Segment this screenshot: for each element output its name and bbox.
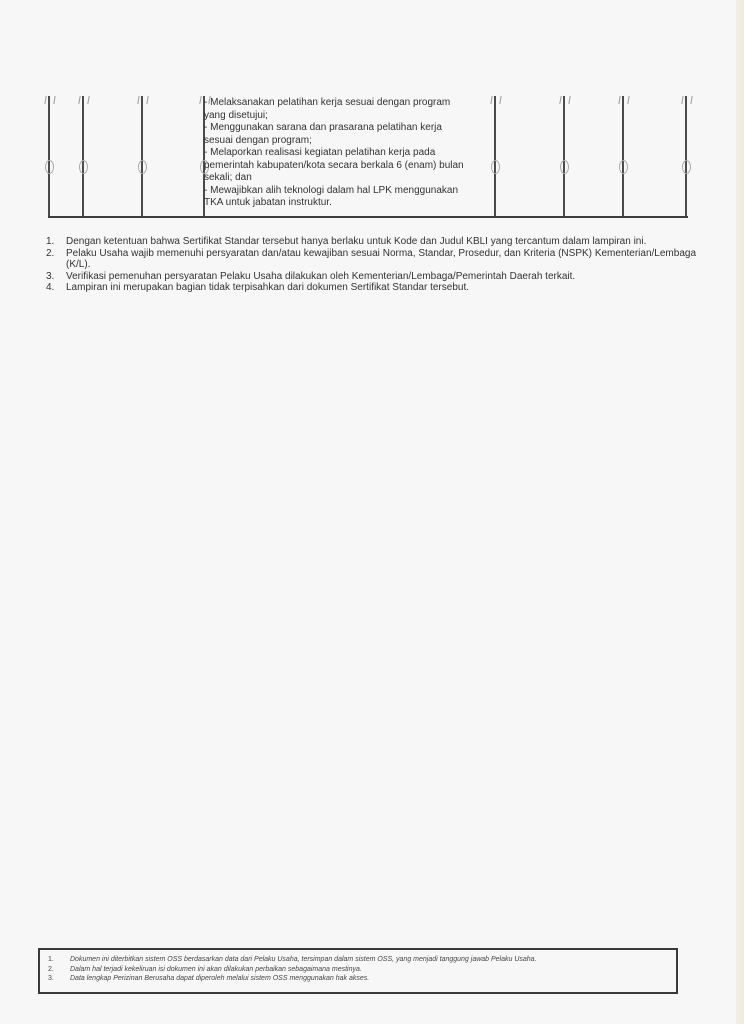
obligation-line: TKA untuk jabatan instruktur.: [204, 197, 494, 210]
note-text: Dengan ketentuan bahwa Sertifikat Standa…: [66, 236, 696, 248]
table-column-border: [685, 96, 687, 218]
footer-note-number: 2.: [48, 965, 70, 975]
obligation-line: yang disetujui;: [204, 110, 494, 123]
footer-note: 2. Dalam hal terjadi kekeliruan isi doku…: [48, 965, 676, 975]
footer-note-number: 1.: [48, 955, 70, 965]
note-number: 4.: [46, 282, 66, 294]
footer-note-text: Dokumen ini diterbitkan sistem OSS berda…: [70, 955, 537, 965]
note-item: 3. Verifikasi pemenuhan persyaratan Pela…: [46, 271, 696, 283]
note-text: Pelaku Usaha wajib memenuhi persyaratan …: [66, 248, 696, 271]
obligations-table: - Melaksanakan pelatihan kerja sesuai de…: [48, 96, 686, 218]
footer-disclaimer-box: 1. Dokumen ini diterbitkan sistem OSS be…: [38, 948, 678, 994]
table-column-border: [48, 96, 50, 218]
obligation-line: sekali; dan: [204, 172, 494, 185]
footer-note-text: Data lengkap Perizinan Berusaha dapat di…: [70, 974, 369, 984]
obligation-line: - Mewajibkan alih teknologi dalam hal LP…: [204, 185, 494, 198]
footer-note: 1. Dokumen ini diterbitkan sistem OSS be…: [48, 955, 676, 965]
page-edge: [736, 0, 744, 1024]
note-item: 2. Pelaku Usaha wajib memenuhi persyarat…: [46, 248, 696, 271]
note-item: 1. Dengan ketentuan bahwa Sertifikat Sta…: [46, 236, 696, 248]
note-number: 2.: [46, 248, 66, 271]
table-column-border: [494, 96, 496, 218]
notes-list: 1. Dengan ketentuan bahwa Sertifikat Sta…: [46, 236, 696, 294]
note-item: 4. Lampiran ini merupakan bagian tidak t…: [46, 282, 696, 294]
note-number: 3.: [46, 271, 66, 283]
footer-note-number: 3.: [48, 974, 70, 984]
footer-note-text: Dalam hal terjadi kekeliruan isi dokumen…: [70, 965, 362, 975]
obligation-line: - Melaksanakan pelatihan kerja sesuai de…: [204, 97, 494, 110]
note-text: Lampiran ini merupakan bagian tidak terp…: [66, 282, 696, 294]
obligation-line: pemerintah kabupaten/kota secara berkala…: [204, 160, 494, 173]
obligations-cell: - Melaksanakan pelatihan kerja sesuai de…: [204, 97, 494, 210]
table-column-border: [622, 96, 624, 218]
footer-note: 3. Data lengkap Perizinan Berusaha dapat…: [48, 974, 676, 984]
table-bottom-border: [48, 216, 688, 218]
table-column-border: [141, 96, 143, 218]
obligation-line: - Melaporkan realisasi kegiatan pelatiha…: [204, 147, 494, 160]
note-number: 1.: [46, 236, 66, 248]
note-text: Verifikasi pemenuhan persyaratan Pelaku …: [66, 271, 696, 283]
table-column-border: [82, 96, 84, 218]
table-column-border: [563, 96, 565, 218]
obligation-line: - Menggunakan sarana dan prasarana pelat…: [204, 122, 494, 135]
obligation-line: sesuai dengan program;: [204, 135, 494, 148]
